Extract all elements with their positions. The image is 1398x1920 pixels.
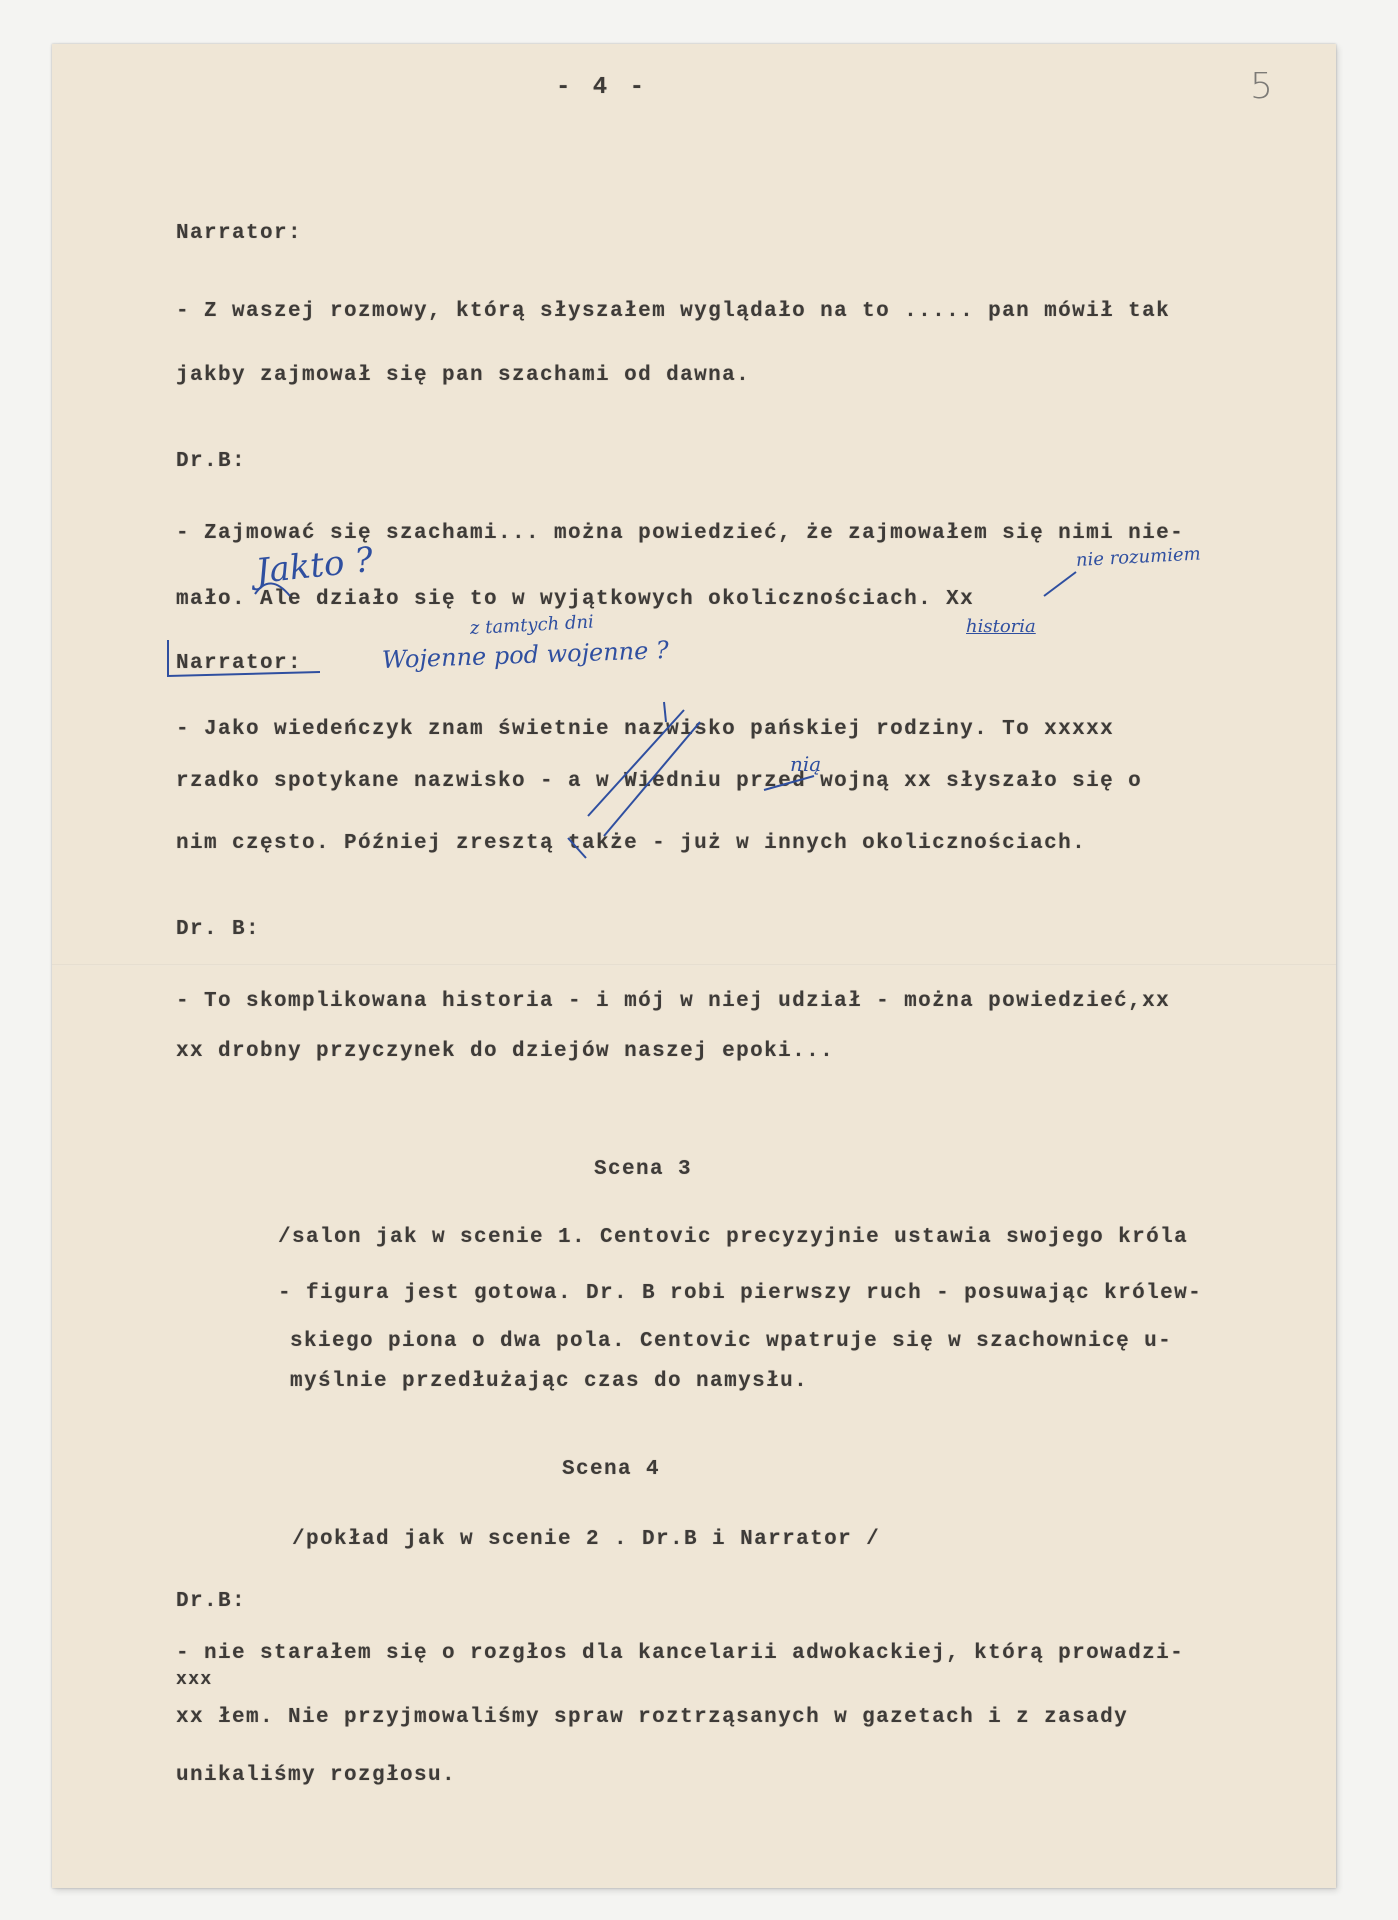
dialogue-line: jakby zajmował się pan szachami od dawna… [176, 364, 750, 387]
struck-text: xxx [176, 1670, 213, 1690]
dialogue-line: - To skomplikowana historia - i mój w ni… [176, 990, 1170, 1013]
stage-direction-line: skiego piona o dwa pola. Centovic wpatru… [290, 1330, 1172, 1353]
stage-direction-line: /pokład jak w scenie 2 . Dr.B i Narrator… [292, 1528, 880, 1551]
speaker-dr-b: Dr.B: [176, 1590, 246, 1613]
speaker-narrator: Narrator: [176, 652, 302, 675]
stage-direction-line: - figura jest gotowa. Dr. B robi pierwsz… [278, 1282, 1202, 1305]
dialogue-line: nim często. Później zresztą także - już … [176, 832, 1086, 855]
dialogue-line: - Zajmować się szachami... można powiedz… [176, 522, 1184, 545]
dialogue-line: - nie starałem się o rozgłos dla kancela… [176, 1642, 1184, 1665]
dialogue-line: xx drobny przyczynek do dziejów naszej e… [176, 1040, 834, 1063]
annotation-nia: nią [790, 752, 821, 776]
dialogue-line: - Jako wiedeńczyk znam świetnie nazwisko… [176, 718, 1114, 741]
dialogue-line: - Z waszej rozmowy, którą słyszałem wygl… [176, 300, 1170, 323]
scene-heading: Scena 3 [594, 1158, 692, 1181]
pencil-folio-number: 5 [1250, 66, 1273, 107]
stage-direction-line: myślnie przedłużając czas do namysłu. [290, 1370, 808, 1393]
page-number: - 4 - [556, 74, 648, 101]
speaker-dr-b: Dr. B: [176, 918, 260, 941]
speaker-narrator: Narrator: [176, 222, 302, 245]
scene-heading: Scena 4 [562, 1458, 660, 1481]
dialogue-line: rzadko spotykane nazwisko - a w Wiedniu … [176, 770, 1142, 793]
page-fold [52, 964, 1336, 966]
dialogue-line: unikaliśmy rozgłosu. [176, 1764, 456, 1787]
dialogue-line: xx łem. Nie przyjmowaliśmy spraw roztrzą… [176, 1706, 1128, 1729]
speaker-dr-b: Dr.B: [176, 450, 246, 473]
stage-direction-line: /salon jak w scenie 1. Centovic precyzyj… [278, 1226, 1188, 1249]
dialogue-line: mało. Ale działo się to w wyjątkowych ok… [176, 588, 974, 611]
annotation-historia: historia [966, 616, 1036, 637]
